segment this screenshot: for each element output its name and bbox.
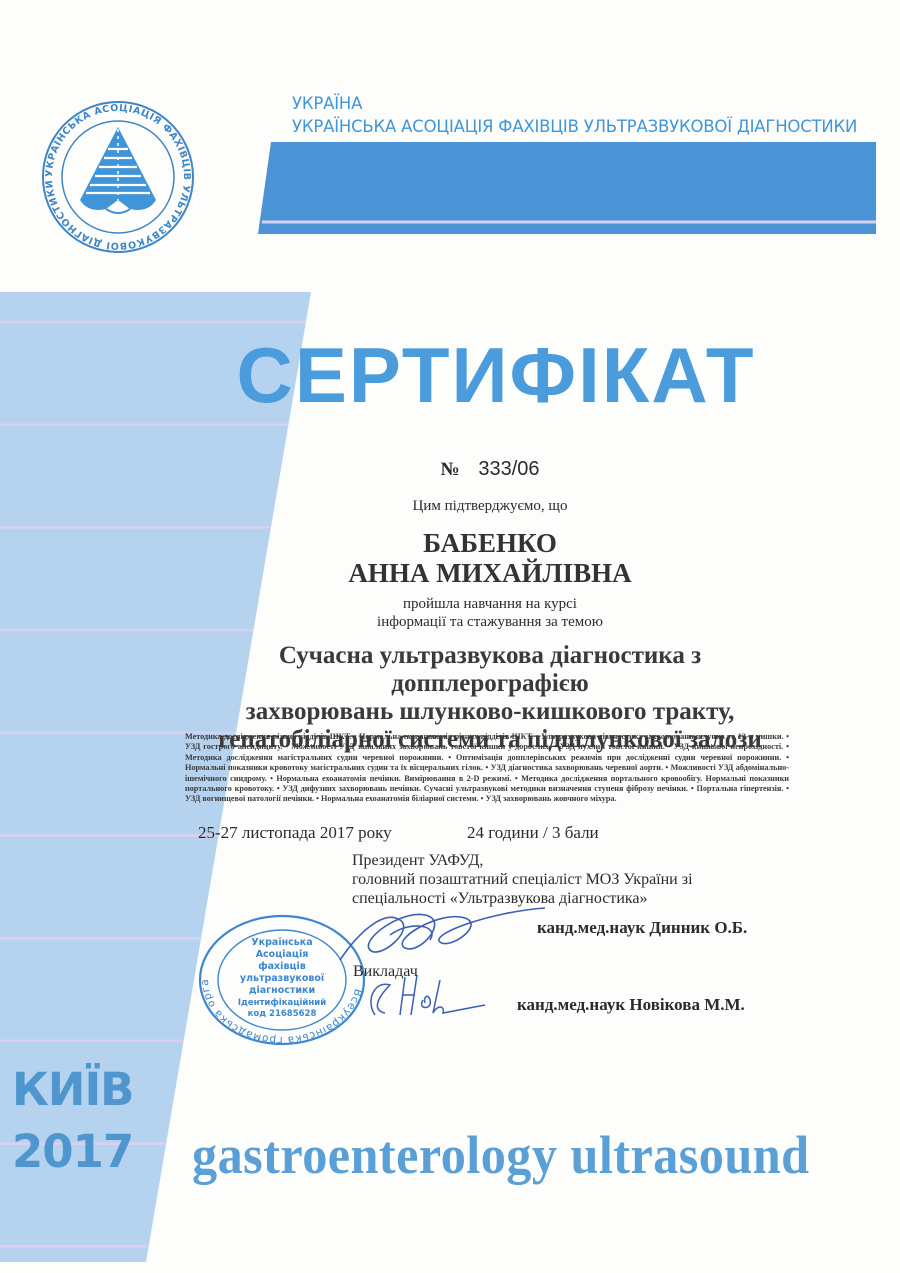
course-title-line: Сучасна ультразвукова діагностика з допп… bbox=[180, 642, 800, 698]
course-topics: Методика дослідження різних відділів ШКТ… bbox=[185, 732, 789, 805]
course-dates: 25-27 листопада 2017 року bbox=[198, 823, 392, 843]
recipient-given-name: АННА МИХАЙЛІВНА bbox=[180, 558, 800, 589]
svg-text:код 21685628: код 21685628 bbox=[248, 1009, 317, 1019]
president-signature bbox=[330, 890, 550, 970]
english-subtitle: gastroenterology ultrasound bbox=[192, 1124, 810, 1186]
svg-text:Ідентифікаційний: Ідентифікаційний bbox=[238, 997, 326, 1008]
recipient-surname: БАБЕНКО bbox=[180, 528, 800, 559]
svg-text:діагностики: діагностики bbox=[249, 985, 315, 996]
signature-icon bbox=[371, 975, 485, 1015]
city: КИЇВ bbox=[12, 1063, 134, 1116]
completed-text-line2: інформації та стажування за темою bbox=[180, 614, 800, 631]
tree-emblem-icon: УКРАЇНСЬКА АСОЦІАЦІЯ ФАХІВЦІВ УЛЬТРАЗВУК… bbox=[38, 97, 193, 252]
president-title-line: головний позаштатний спеціаліст МОЗ Укра… bbox=[352, 870, 693, 889]
svg-text:Українська: Українська bbox=[251, 937, 312, 948]
number-sign: № bbox=[440, 459, 459, 480]
president-name: канд.мед.наук Динник О.Б. bbox=[537, 918, 747, 938]
signature-icon bbox=[340, 908, 545, 960]
year: 2017 bbox=[12, 1125, 133, 1178]
certificate-number: № 333/06 bbox=[180, 458, 800, 481]
confirm-text: Цим підтверджуємо, що bbox=[180, 498, 800, 515]
completed-text-line1: пройшла навчання на курсі bbox=[180, 596, 800, 613]
header-organization: УКРАЇНСЬКА АСОЦІАЦІЯ ФАХІВЦІВ УЛЬТРАЗВУК… bbox=[292, 117, 857, 136]
association-logo: УКРАЇНСЬКА АСОЦІАЦІЯ ФАХІВЦІВ УЛЬТРАЗВУК… bbox=[38, 97, 198, 257]
number-value: 333/06 bbox=[478, 458, 539, 480]
president-title-line: Президент УАФУД, bbox=[352, 851, 693, 870]
certificate-title: СЕРТИФІКАТ bbox=[0, 336, 900, 414]
lecturer-name: канд.мед.наук Новікова М.М. bbox=[517, 995, 745, 1015]
course-title-line: захворювань шлунково-кишкового тракту, bbox=[180, 698, 800, 726]
header-country: УКРАЇНА bbox=[292, 94, 362, 113]
course-hours: 24 години / 3 бали bbox=[467, 823, 599, 843]
svg-text:ультразвукової: ультразвукової bbox=[240, 973, 325, 984]
svg-text:фахівців: фахівців bbox=[258, 961, 306, 972]
lecturer-label: Викладач bbox=[353, 963, 418, 981]
svg-text:Асоціація: Асоціація bbox=[256, 949, 309, 960]
